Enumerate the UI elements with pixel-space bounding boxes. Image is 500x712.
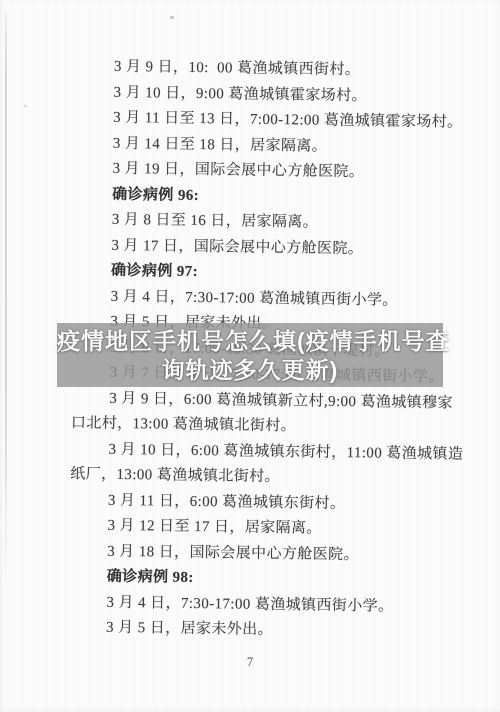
watermark-overlay: 疫情地区手机号怎么填(疫情手机号查 询轨迹多久更新) — [57, 323, 443, 387]
page-number: 7 — [0, 655, 500, 670]
scan-speck — [170, 16, 174, 19]
watermark-line-2: 询轨迹多久更新) — [57, 356, 443, 385]
scan-speck — [24, 105, 27, 107]
scan-edge-line — [5, 12, 7, 587]
watermark-line-1: 疫情地区手机号怎么填(疫情手机号查 — [57, 327, 443, 356]
itinerary-line: 3 月 5 日，居家未外出。 — [68, 615, 464, 646]
itinerary-line: 3 月 9 日，6:00 葛渔城镇新立村,9:00 葛渔城镇穆家口北村，13:0… — [71, 386, 468, 443]
itinerary-line: 3 月 10 日，6:00 葛渔城镇东街村，11:00 葛渔城镇造纸厂，13:0… — [70, 437, 467, 494]
scanned-document-page: 3 月 9 日，10: 00 葛渔城镇西街村。3 月 10 日，9:00 葛渔城… — [0, 0, 500, 712]
